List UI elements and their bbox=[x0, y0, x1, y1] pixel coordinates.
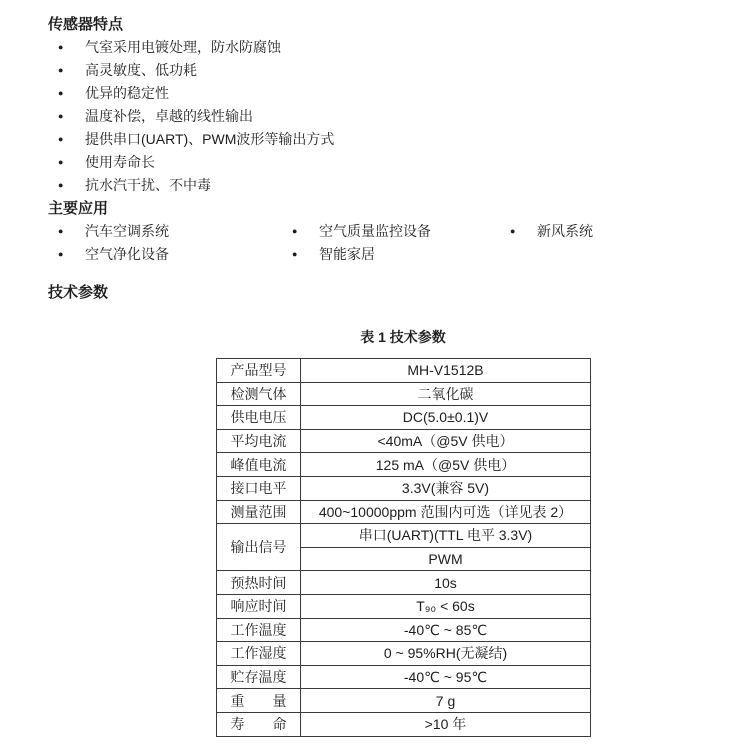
table-row: 预热时间 10s bbox=[217, 571, 591, 595]
bullet-icon: ● bbox=[500, 220, 537, 243]
param-label: 贮存温度 bbox=[217, 665, 301, 689]
application-text: 汽车空调系统 bbox=[85, 220, 169, 243]
list-item: ● 温度补偿，卓越的线性输出 bbox=[48, 105, 747, 128]
bullet-icon: ● bbox=[282, 220, 319, 243]
applications-columns: ● 汽车空调系统 ● 空气净化设备 ● 空气质量监控设备 ● 智能家居 bbox=[48, 220, 747, 266]
list-item: ● 抗水汽干扰、不中毒 bbox=[48, 174, 747, 197]
param-value: 125 mA（@5V 供电） bbox=[301, 453, 591, 477]
param-value: DC(5.0±0.1)V bbox=[301, 406, 591, 430]
list-item: ● 空气质量监控设备 bbox=[282, 220, 500, 243]
application-text: 智能家居 bbox=[319, 243, 375, 266]
applications-column: ● 汽车空调系统 ● 空气净化设备 bbox=[48, 220, 282, 266]
tech-params-table: 产品型号 MH-V1512B 检测气体 二氧化碳 供电电压 DC(5.0±0.1… bbox=[216, 358, 591, 737]
application-text: 新风系统 bbox=[537, 220, 593, 243]
param-value: >10 年 bbox=[301, 712, 591, 736]
bullet-icon: ● bbox=[48, 220, 85, 243]
features-section: 传感器特点 ● 气室采用电镀处理，防水防腐蚀 ● 高灵敏度、低功耗 ● 优异的稳… bbox=[48, 13, 747, 197]
param-label: 输出信号 bbox=[217, 524, 301, 571]
bullet-icon: ● bbox=[48, 59, 85, 82]
table-caption: 表 1 技术参数 bbox=[216, 326, 590, 349]
bullet-icon: ● bbox=[48, 82, 85, 105]
tech-params-section: 技术参数 表 1 技术参数 产品型号 MH-V1512B 检测气体 二氧化碳 供… bbox=[48, 281, 747, 737]
table-row: 检测气体 二氧化碳 bbox=[217, 382, 591, 406]
bullet-icon: ● bbox=[282, 243, 319, 266]
param-value: T₉₀ < 60s bbox=[301, 594, 591, 618]
table-row: 贮存温度 -40℃ ~ 95℃ bbox=[217, 665, 591, 689]
feature-text: 优异的稳定性 bbox=[85, 82, 169, 105]
param-label: 预热时间 bbox=[217, 571, 301, 595]
param-label: 寿 命 bbox=[217, 712, 301, 736]
param-value: MH-V1512B bbox=[301, 359, 591, 383]
list-item: ● 使用寿命长 bbox=[48, 151, 747, 174]
table-row: 工作温度 -40℃ ~ 85℃ bbox=[217, 618, 591, 642]
table-row: 供电电压 DC(5.0±0.1)V bbox=[217, 406, 591, 430]
list-item: ● 高灵敏度、低功耗 bbox=[48, 59, 747, 82]
table-row: 峰值电流 125 mA（@5V 供电） bbox=[217, 453, 591, 477]
feature-text: 抗水汽干扰、不中毒 bbox=[85, 174, 211, 197]
list-item: ● 汽车空调系统 bbox=[48, 220, 282, 243]
table-row: 接口电平 3.3V(兼容 5V) bbox=[217, 476, 591, 500]
list-item: ● 智能家居 bbox=[282, 243, 500, 266]
list-item: ● 空气净化设备 bbox=[48, 243, 282, 266]
param-label: 接口电平 bbox=[217, 476, 301, 500]
list-item: ● 优异的稳定性 bbox=[48, 82, 747, 105]
param-label: 平均电流 bbox=[217, 429, 301, 453]
param-value: 串口(UART)(TTL 电平 3.3V) bbox=[301, 524, 591, 548]
param-value: -40℃ ~ 95℃ bbox=[301, 665, 591, 689]
param-value: 3.3V(兼容 5V) bbox=[301, 476, 591, 500]
bullet-icon: ● bbox=[48, 128, 85, 151]
table-row: 重 量 7 g bbox=[217, 689, 591, 713]
tech-params-heading: 技术参数 bbox=[48, 281, 747, 304]
table-row: 平均电流 <40mA（@5V 供电） bbox=[217, 429, 591, 453]
application-text: 空气净化设备 bbox=[85, 243, 169, 266]
table-row: 寿 命 >10 年 bbox=[217, 712, 591, 736]
param-value: 7 g bbox=[301, 689, 591, 713]
feature-text: 提供串口(UART)、PWM波形等输出方式 bbox=[85, 128, 334, 151]
param-label: 工作湿度 bbox=[217, 642, 301, 666]
list-item: ● 提供串口(UART)、PWM波形等输出方式 bbox=[48, 128, 747, 151]
application-text: 空气质量监控设备 bbox=[319, 220, 431, 243]
table-row: 测量范围 400~10000ppm 范围内可选（详见表 2） bbox=[217, 500, 591, 524]
bullet-icon: ● bbox=[48, 105, 85, 128]
bullet-icon: ● bbox=[48, 174, 85, 197]
param-label: 峰值电流 bbox=[217, 453, 301, 477]
feature-text: 气室采用电镀处理，防水防腐蚀 bbox=[85, 36, 281, 59]
feature-text: 使用寿命长 bbox=[85, 151, 155, 174]
param-label: 测量范围 bbox=[217, 500, 301, 524]
table-row: 产品型号 MH-V1512B bbox=[217, 359, 591, 383]
applications-column: ● 新风系统 bbox=[500, 220, 700, 266]
param-label: 供电电压 bbox=[217, 406, 301, 430]
list-item: ● 新风系统 bbox=[500, 220, 700, 243]
param-value: 二氧化碳 bbox=[301, 382, 591, 406]
document-page: 传感器特点 ● 气室采用电镀处理，防水防腐蚀 ● 高灵敏度、低功耗 ● 优异的稳… bbox=[0, 0, 747, 737]
applications-column: ● 空气质量监控设备 ● 智能家居 bbox=[282, 220, 500, 266]
feature-text: 高灵敏度、低功耗 bbox=[85, 59, 197, 82]
param-value: 0 ~ 95%RH(无凝结) bbox=[301, 642, 591, 666]
feature-text: 温度补偿，卓越的线性输出 bbox=[85, 105, 253, 128]
param-label: 工作温度 bbox=[217, 618, 301, 642]
table-row: 工作湿度 0 ~ 95%RH(无凝结) bbox=[217, 642, 591, 666]
bullet-icon: ● bbox=[48, 151, 85, 174]
table-row: 输出信号 串口(UART)(TTL 电平 3.3V) bbox=[217, 524, 591, 548]
bullet-icon: ● bbox=[48, 243, 85, 266]
table-row: 响应时间 T₉₀ < 60s bbox=[217, 594, 591, 618]
applications-heading: 主要应用 bbox=[48, 197, 747, 220]
applications-section: 主要应用 ● 汽车空调系统 ● 空气净化设备 ● 空气质量监控设备 ● bbox=[48, 197, 747, 266]
param-value: PWM bbox=[301, 547, 591, 571]
list-item: ● 气室采用电镀处理，防水防腐蚀 bbox=[48, 36, 747, 59]
param-value: 400~10000ppm 范围内可选（详见表 2） bbox=[301, 500, 591, 524]
param-label: 响应时间 bbox=[217, 594, 301, 618]
bullet-icon: ● bbox=[48, 36, 85, 59]
param-value: -40℃ ~ 85℃ bbox=[301, 618, 591, 642]
param-label: 产品型号 bbox=[217, 359, 301, 383]
param-value: <40mA（@5V 供电） bbox=[301, 429, 591, 453]
features-heading: 传感器特点 bbox=[48, 13, 747, 36]
param-value: 10s bbox=[301, 571, 591, 595]
param-label: 重 量 bbox=[217, 689, 301, 713]
param-label: 检测气体 bbox=[217, 382, 301, 406]
